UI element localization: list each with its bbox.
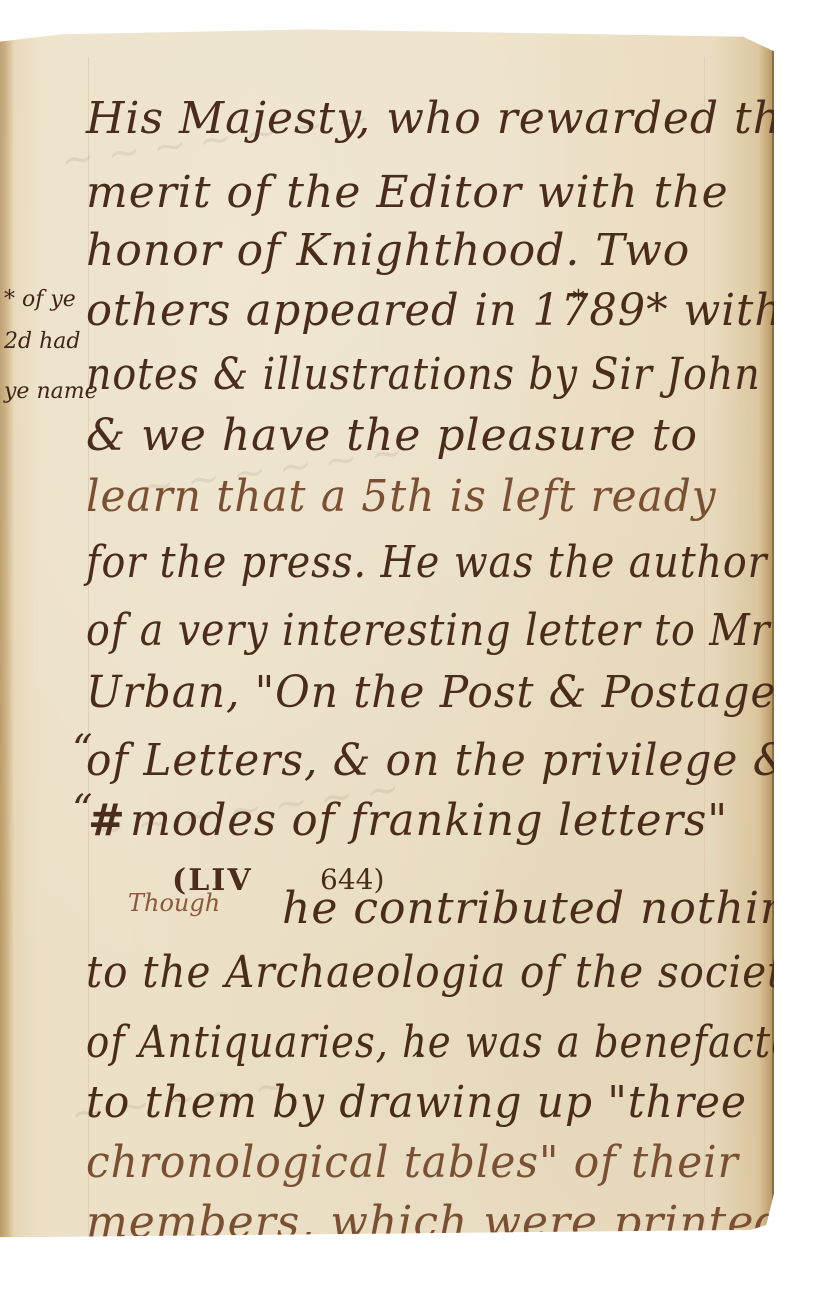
manuscript-line: learn that a 5th is left ready <box>86 471 717 522</box>
manuscript-line: for the press. He was the author <box>86 537 768 588</box>
manuscript-line: merit of the Editor with the <box>86 167 729 218</box>
reference-page: 644) <box>320 863 384 896</box>
manuscript-line: members, which were printed <box>86 1197 784 1248</box>
manuscript-line: & we have the pleasure to <box>86 410 698 461</box>
manuscript-line: notes & illustrations by Sir John <box>86 349 761 400</box>
manuscript-line: of a very interesting letter to Mr <box>86 605 771 656</box>
insertion-caret: ^ <box>410 1047 427 1071</box>
quote-mark: “ <box>72 727 92 773</box>
manuscript-line: of Letters, & on the privilege & <box>86 735 791 786</box>
manuscript-photo: ~ ~ ~ ~ ~ ~ ~ ~ ~ ~ ~ ~ ~ ~ ~ ~ ~ ~ ~ ~ … <box>0 0 820 1300</box>
manuscript-line: Urban, "On the Post & Postage <box>86 667 776 718</box>
manuscript-line: modes of franking letters" <box>130 795 728 846</box>
manuscript-page: ~ ~ ~ ~ ~ ~ ~ ~ ~ ~ ~ ~ ~ ~ ~ ~ ~ ~ ~ ~ … <box>0 27 774 1242</box>
manuscript-line: others appeared in 1789* with <box>86 285 783 336</box>
hash-mark: # <box>88 795 125 846</box>
asterisk-mark: * <box>572 285 585 315</box>
manuscript-line: to the Archaeologia of the society <box>86 947 808 998</box>
margin-note-line: * of ye <box>4 285 76 315</box>
manuscript-line: to them by drawing up "three <box>86 1077 747 1128</box>
manuscript-line: chronological tables" of their <box>86 1137 739 1188</box>
interlinear-word: Though <box>128 889 220 917</box>
manuscript-line: honor of Knighthood. Two <box>86 225 690 276</box>
margin-note-line: ye name <box>4 377 98 407</box>
margin-note-line: 2d had <box>4 327 80 357</box>
manuscript-line: His Majesty, who rewarded the <box>86 93 809 144</box>
manuscript-line: of Antiquaries, he was a benefactor <box>86 1017 815 1068</box>
